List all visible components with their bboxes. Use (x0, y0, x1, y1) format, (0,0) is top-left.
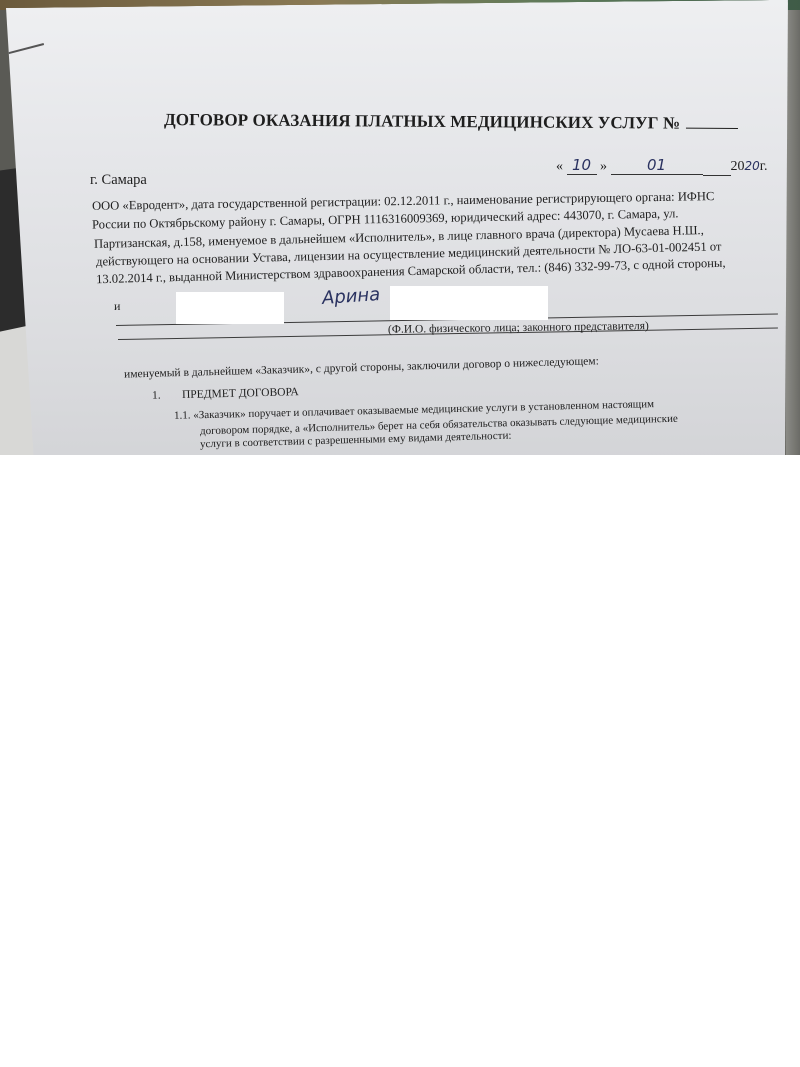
customer-field-caption: (Ф.И.О. физического лица; законного пред… (388, 320, 649, 336)
date-year-handwritten: 20 (745, 159, 760, 173)
document-photo: ДОГОВОР ОКАЗАНИЯ ПЛАТНЫХ МЕДИЦИНСКИХ УСЛ… (0, 0, 800, 455)
redacted-block (176, 292, 284, 324)
date-year-prefix: 20 (731, 159, 745, 174)
clause-number: 1.1. (174, 409, 191, 421)
and-label: и (114, 299, 120, 314)
redacted-block (390, 286, 548, 320)
contract-date: « 10 » 01 2020г. (556, 156, 767, 176)
document-title: ДОГОВОР ОКАЗАНИЯ ПЛАТНЫХ МЕДИЦИНСКИХ УСЛ… (164, 110, 738, 134)
date-quote-open: « (556, 159, 563, 174)
number-sign: № (663, 113, 680, 132)
section-number: 1. (152, 389, 182, 402)
customer-name-handwritten: Арина (321, 284, 381, 309)
title-text: ДОГОВОР ОКАЗАНИЯ ПЛАТНЫХ МЕДИЦИНСКИХ УСЛ… (164, 110, 659, 132)
city-label: г. Самара (90, 172, 147, 189)
contract-document: ДОГОВОР ОКАЗАНИЯ ПЛАТНЫХ МЕДИЦИНСКИХ УСЛ… (0, 0, 800, 455)
section-title: ПРЕДМЕТ ДОГОВОРА (182, 386, 299, 401)
section-heading: 1.ПРЕДМЕТ ДОГОВОРА (152, 386, 299, 402)
named-as-line: именуемый в дальнейшем «Заказчик», с дру… (124, 355, 599, 380)
contract-number-blank (686, 114, 738, 129)
date-quote-close: » (600, 159, 607, 174)
date-day: 10 (567, 156, 597, 175)
date-year-suffix: г. (760, 159, 768, 174)
date-month: 01 (611, 156, 703, 175)
